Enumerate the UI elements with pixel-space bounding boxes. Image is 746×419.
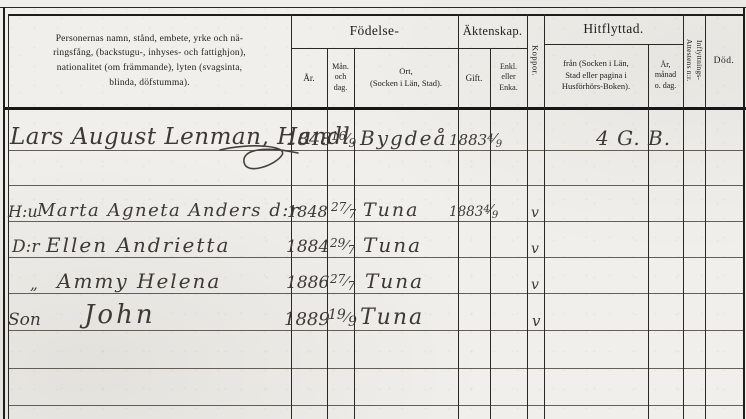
record-row: D:r Ellen Andrietta 1884 297 Tuna v [0, 217, 746, 257]
birth-day: 29 [330, 236, 345, 250]
column-group-birth: Födelse- [291, 16, 458, 46]
signature-flourish [216, 142, 302, 183]
column-header-married: Gift. [458, 50, 490, 105]
column-group-moved-in: Hitflyttad. [544, 15, 683, 42]
moved-from-entry: 4 G. B. [596, 126, 671, 150]
column-header-birth-year: År. [291, 50, 327, 105]
column-group-marriage: Äktenskap. [458, 16, 527, 46]
birth-month: 9 [348, 136, 356, 150]
birth-date-entry: 199 [328, 307, 357, 330]
birth-day: 27 [330, 272, 345, 286]
marriage-day: 4 [487, 133, 493, 144]
column-header-names: Personernas namn, stånd, embete, yrke oc… [10, 18, 289, 104]
birthplace-entry: Tuna [360, 305, 424, 330]
ruled-line [8, 330, 743, 331]
grid-line-h [544, 44, 683, 45]
grid-line-h [0, 7, 746, 8]
vaccination-mark: v [532, 312, 540, 330]
column-header-death: Död. [705, 16, 743, 105]
column-header-moved-from: från (Socken i Län, Stad eller pagina i … [544, 46, 648, 105]
birth-date-entry: 169 [331, 129, 356, 150]
column-header-birthplace: Ort, (Socken i Län, Stad). [354, 50, 458, 105]
column-header-attest-number: Inflyttnings- Attestens n:r. [683, 16, 705, 105]
column-header-birth-monthday: Mån. och dag. [327, 50, 354, 105]
birthplace-entry: Bygdeå [360, 126, 447, 150]
ruled-line [8, 150, 743, 151]
marriage-day: 4 [483, 204, 489, 215]
person-name-entry: John [84, 300, 156, 330]
birth-day: 27 [331, 200, 346, 214]
record-row: Lars August Lenman, Handl. 1848 169 Bygd… [0, 110, 746, 150]
ruled-line [8, 405, 743, 406]
marriage-date-entry: 188349 [449, 131, 502, 150]
birth-year-entry: 1889 [284, 309, 330, 330]
record-row: H:u Marta Agneta Anders d:r 1848 277 Tun… [0, 181, 746, 221]
column-header-widowed: Enkl. eller Enka. [490, 50, 527, 105]
column-header-moved-date: År, månad o. dag. [648, 46, 683, 105]
record-row: Son John 1889 199 Tuna v [0, 290, 746, 330]
birth-day: 16 [331, 129, 346, 143]
ruled-line [8, 368, 743, 369]
marriage-year: 1883 [449, 131, 487, 149]
column-header-smallpox: Koppor. [527, 16, 544, 105]
church-record-scan: Personernas namn, stånd, embete, yrke oc… [0, 0, 746, 419]
record-row: „ Ammy Helena 1886 277 Tuna v [0, 253, 746, 293]
birth-month: 9 [348, 314, 357, 330]
person-title-entry: Son [8, 310, 41, 330]
marriage-month: 9 [496, 139, 502, 150]
birth-day: 19 [328, 307, 346, 323]
